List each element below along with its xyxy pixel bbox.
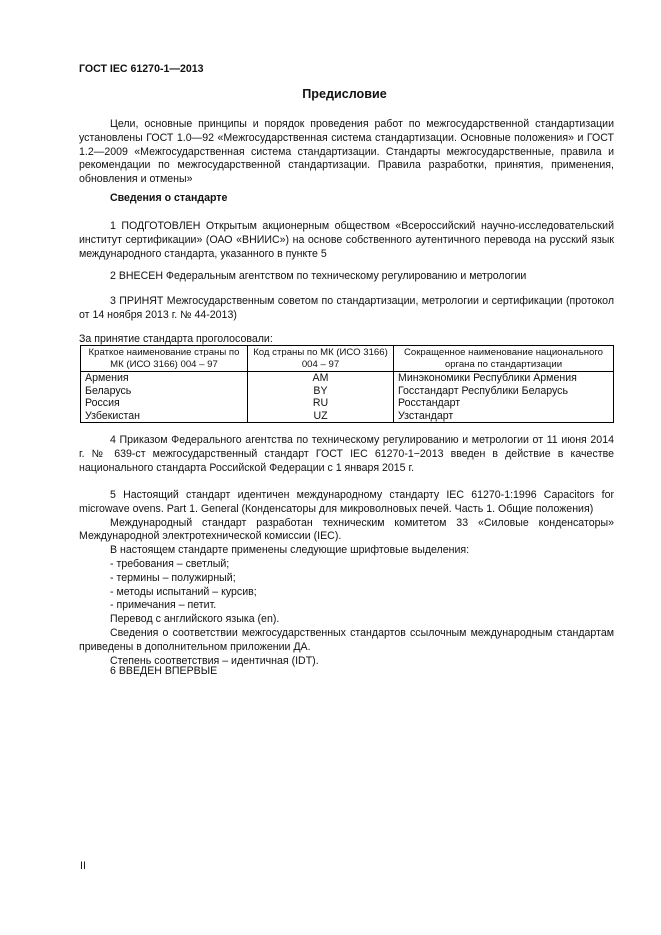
font-style-list-item: - методы испытаний – курсив; <box>79 586 614 600</box>
votes-table-header: Краткое наименование страны по МК (ИСО 3… <box>81 346 614 372</box>
table-row: Узбекистан UZ Узстандарт <box>81 410 614 423</box>
national-body: Минэкономики Республики Армения <box>394 372 614 385</box>
table-row: Армения AM Минэкономики Республики Армен… <box>81 372 614 385</box>
country-name: Россия <box>81 397 248 410</box>
page-number: II <box>80 860 86 874</box>
item-5-translation: Перевод с английского языка (en). <box>79 613 614 627</box>
font-style-list-item: - термины – полужирный; <box>79 572 614 586</box>
header-country-name: Краткое наименование страны по МК (ИСО 3… <box>81 346 248 372</box>
table-row: Россия RU Росстандарт <box>81 397 614 410</box>
header-national-body: Сокращенное наименование национального о… <box>394 346 614 372</box>
item-3-block: 3 ПРИНЯТ Межгосударственным советом по с… <box>79 295 614 323</box>
item-5-block: 5 Настоящий стандарт идентичен междунаро… <box>79 489 614 668</box>
document-code: ГОСТ IEC 61270-1—2013 <box>79 63 204 77</box>
item-1: 1 ПОДГОТОВЛЕН Открытым акционерным общес… <box>79 220 614 261</box>
font-style-list-item: - примечания – петит. <box>79 599 614 613</box>
page-title: Предисловие <box>0 88 661 102</box>
header-country-code: Код страны по МК (ИСО 3166) 004 – 97 <box>248 346 394 372</box>
item-5-developer: Международный стандарт разработан технич… <box>79 517 614 545</box>
document-page: ГОСТ IEC 61270-1—2013 Предисловие Цели, … <box>0 0 661 935</box>
item-6-block: 6 ВВЕДЕН ВПЕРВЫЕ <box>79 665 614 679</box>
country-name: Беларусь <box>81 385 248 398</box>
votes-table: Краткое наименование страны по МК (ИСО 3… <box>80 345 614 423</box>
item-5: 5 Настоящий стандарт идентичен междунаро… <box>79 489 614 517</box>
national-body: Узстандарт <box>394 410 614 423</box>
country-code: RU <box>248 397 394 410</box>
table-row: Беларусь BY Госстандарт Республики Белар… <box>81 385 614 398</box>
national-body: Росстандарт <box>394 397 614 410</box>
intro-paragraph: Цели, основные принципы и порядок провед… <box>79 118 614 187</box>
item-2: 2 ВНЕСЕН Федеральным агентством по техни… <box>79 270 614 284</box>
country-code: AM <box>248 372 394 385</box>
intro-section: Цели, основные принципы и порядок провед… <box>79 118 614 187</box>
country-code: BY <box>248 385 394 398</box>
item-4: 4 Приказом Федерального агентства по тех… <box>79 434 614 475</box>
item-1-block: 1 ПОДГОТОВЛЕН Открытым акционерным общес… <box>79 220 614 261</box>
font-style-list-item: - требования – светлый; <box>79 558 614 572</box>
item-3: 3 ПРИНЯТ Межгосударственным советом по с… <box>79 295 614 323</box>
item-5-fonts-intro: В настоящем стандарте применены следующи… <box>79 544 614 558</box>
item-5-references: Сведения о соответствии межгосударственн… <box>79 627 614 655</box>
item-6: 6 ВВЕДЕН ВПЕРВЫЕ <box>79 665 614 679</box>
standard-info-heading-block: Сведения о стандарте <box>79 192 614 206</box>
item-4-block: 4 Приказом Федерального агентства по тех… <box>79 434 614 475</box>
country-code: UZ <box>248 410 394 423</box>
country-name: Узбекистан <box>81 410 248 423</box>
country-name: Армения <box>81 372 248 385</box>
section-heading: Сведения о стандарте <box>79 192 614 206</box>
item-2-block: 2 ВНЕСЕН Федеральным агентством по техни… <box>79 270 614 284</box>
national-body: Госстандарт Республики Беларусь <box>394 385 614 398</box>
